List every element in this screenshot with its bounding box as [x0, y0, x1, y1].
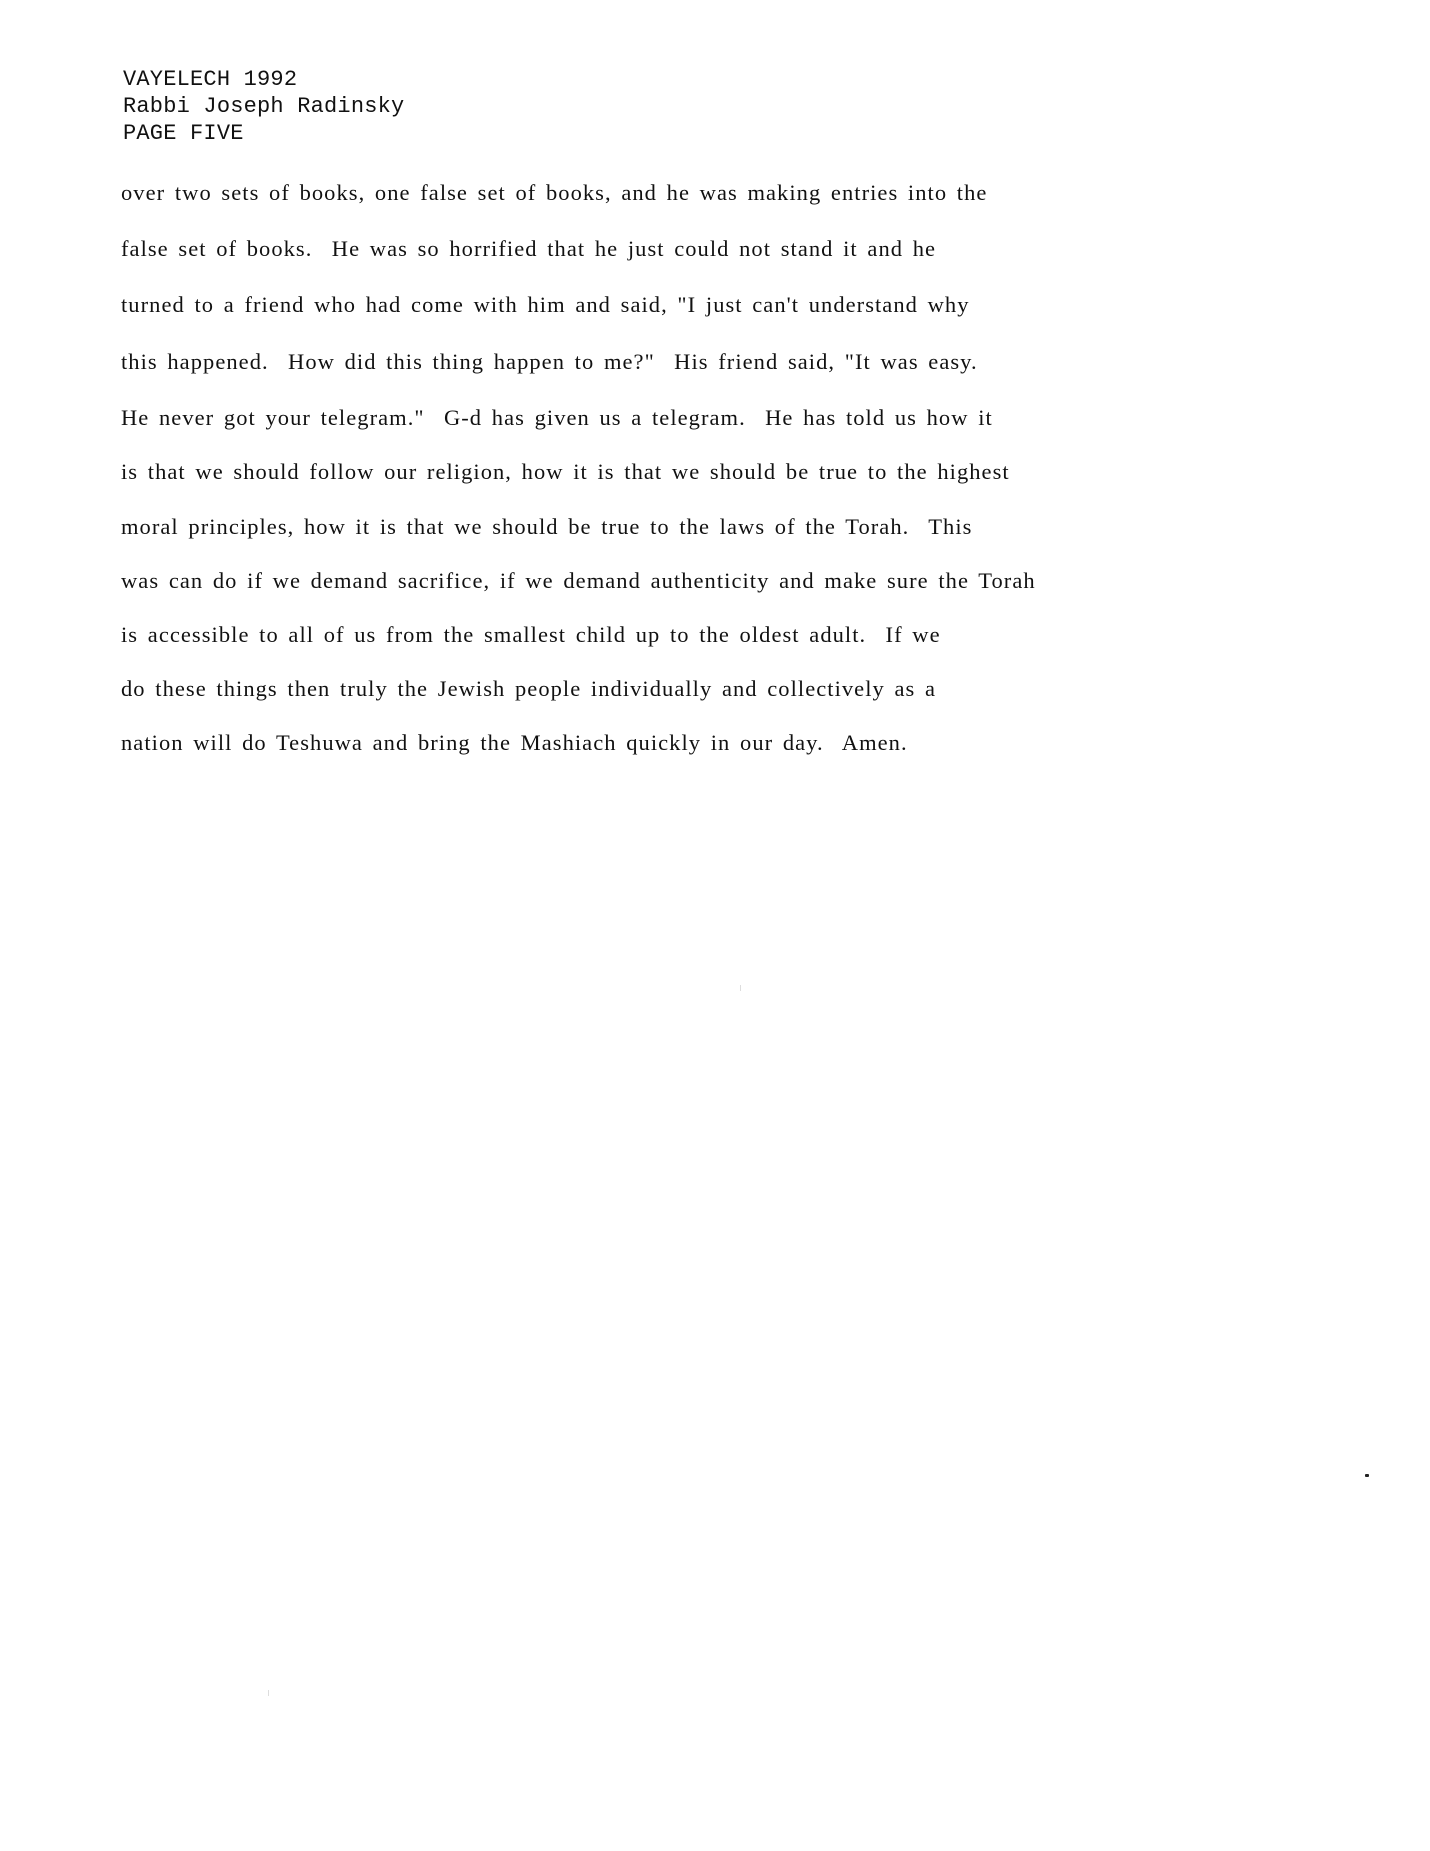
scan-speck	[1365, 1474, 1369, 1477]
page-number: PAGE FIVE	[123, 120, 404, 147]
body-line: over two sets of books, one false set of…	[121, 180, 987, 206]
body-line: He never got your telegram." G-d has giv…	[121, 405, 993, 431]
body-line: nation will do Teshuwa and bring the Mas…	[121, 730, 908, 756]
scan-artifact	[740, 985, 741, 991]
body-line: moral principles, how it is that we shou…	[121, 514, 972, 540]
body-line: false set of books. He was so horrified …	[121, 236, 936, 262]
document-title: VAYELECH 1992	[123, 66, 404, 93]
body-line: is accessible to all of us from the smal…	[121, 622, 941, 648]
body-line: this happened. How did this thing happen…	[121, 349, 978, 375]
scan-artifact	[268, 1690, 269, 1696]
body-line: turned to a friend who had come with him…	[121, 292, 970, 318]
body-line: was can do if we demand sacrifice, if we…	[121, 568, 1036, 594]
body-line: is that we should follow our religion, h…	[121, 459, 1010, 485]
document-author: Rabbi Joseph Radinsky	[123, 93, 404, 120]
body-line: do these things then truly the Jewish pe…	[121, 676, 936, 702]
document-page: VAYELECH 1992 Rabbi Joseph Radinsky PAGE…	[0, 0, 1430, 1851]
page-header: VAYELECH 1992 Rabbi Joseph Radinsky PAGE…	[123, 66, 404, 147]
